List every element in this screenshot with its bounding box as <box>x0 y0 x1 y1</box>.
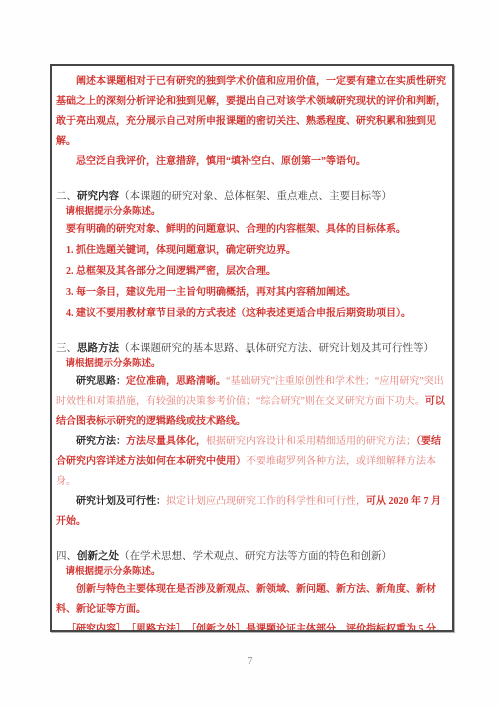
hint-line: 请根据提示分条陈述。 <box>56 205 448 220</box>
guidance-paragraph-academic-value: 阐述本课题相对于已有研究的独到学术价值和应用价值，一定要有建立在实质性研究基础之… <box>56 72 448 152</box>
section-heading-innovations: 四、创新之处（在学术思想、学术观点、研究方法等方面的特色和创新） <box>56 548 448 565</box>
run-body: 根据研究内容设计和采用精细适用的研究方法； <box>206 436 416 447</box>
stray-dot-artifact: • <box>248 348 251 357</box>
section-scope: （本课题的研究对象、总体框架、重点难点、主要目标等） <box>119 191 392 202</box>
list-item: 2. 总框架及其各部分之间逻辑严密，层次合理。 <box>56 261 448 282</box>
hint-line: 请根据提示分条陈述。 <box>56 565 448 580</box>
section-number: 二、 <box>56 191 77 202</box>
run-emphasis: 方法尽量具体化， <box>126 436 206 447</box>
section-title: 创新之处 <box>77 551 119 562</box>
hint-line: 请根据提示分条陈述。 <box>56 357 448 372</box>
lead-requirement: 要有明确的研究对象、鲜明的问题意识、合理的内容框架、具体的目标体系。 <box>56 220 448 240</box>
section-number: 三、 <box>56 343 77 354</box>
paragraph-research-approach: 研究思路：定位准确，思路清晰。“基础研究”注重原创性和学术性；“应用研究”突出时… <box>56 372 448 432</box>
document-page: 阐述本课题相对于已有研究的独到学术价值和应用价值，一定要有建立在实质性研究基础之… <box>0 0 500 707</box>
guidance-paragraph-self-evaluation: 忌空泛自我评价，注意措辞，慎用“填补空白、原创第一”等语句。 <box>56 152 448 172</box>
list-item: 4. 建议不要用教材章节目录的方式表述（这种表述更适合申报后期资助项目）。 <box>56 303 448 324</box>
lead-innovation-features: 创新与特色主要体现在是否涉及新观点、新领域、新问题、新方法、新角度、新材料、新论… <box>56 580 448 620</box>
run-label: 研究方法： <box>76 436 126 447</box>
page-number: 7 <box>0 656 500 667</box>
run-label: 研究思路： <box>76 376 126 387</box>
section-title: 研究内容 <box>77 191 119 202</box>
run-emphasis: 定位准确，思路清晰。 <box>126 376 226 387</box>
section-scope: （在学术思想、学术观点、研究方法等方面的特色和创新） <box>119 551 392 562</box>
proposal-guidance-table: 阐述本课题相对于已有研究的独到学术价值和应用价值，一定要有建立在实质性研究基础之… <box>50 64 454 632</box>
list-item: 1. 抓住选题关键词，体现问题意识，确定研究边界。 <box>56 240 448 261</box>
scoring-note: ［研究内容］、［思路方法］、［创新之处］是课题论证主体部分，评价指标权重为 5 … <box>56 620 448 632</box>
section-heading-approach-methods: 三、思路方法（本课题研究的基本思路、具体研究方法、研究计划及其可行性等） <box>56 340 448 357</box>
run-body: 拟定计划应凸现研究工作的科学性和可行性， <box>166 496 366 507</box>
list-item: 3. 每一条目，建议先用一主旨句明确概括，再对其内容稍加阐述。 <box>56 282 448 303</box>
section-number: 四、 <box>56 551 77 562</box>
section-title: 思路方法 <box>77 343 119 354</box>
run-label: 研究计划及可行性： <box>76 496 166 507</box>
paragraph-research-methods: 研究方法：方法尽量具体化，根据研究内容设计和采用精细适用的研究方法；（要结合研究… <box>56 432 448 492</box>
section-heading-research-content: 二、研究内容（本课题的研究对象、总体框架、重点难点、主要目标等） <box>56 188 448 205</box>
paragraph-research-plan: 研究计划及可行性：拟定计划应凸现研究工作的科学性和可行性，可从 2020 年 7… <box>56 492 448 532</box>
section-scope: （本课题研究的基本思路、具体研究方法、研究计划及其可行性等） <box>119 343 434 354</box>
